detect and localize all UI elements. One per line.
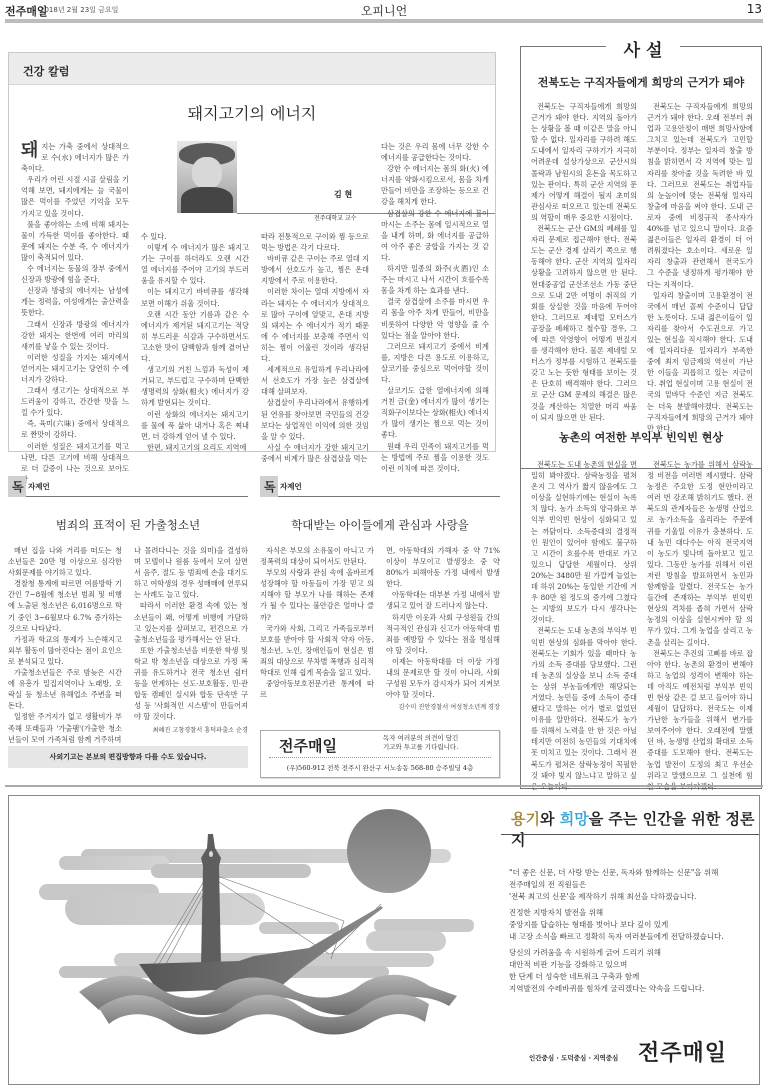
editorial-2-col-2: 전북도는 농가를 위해서 삼락농정 비전을 여러번 제시했다. 삼락농정은 주요… [647,459,753,792]
section-title: 오피니언 [0,2,768,19]
health-column-title: 돼지고기의 에너지 [9,101,495,124]
dropcap: 돼 [21,142,38,160]
author-affiliation: 전주대학교 교수 [314,213,356,222]
contribution-message: 독자 여러분의 의견이 담긴 기고와 투고를 기다립니다. [383,734,458,752]
editorial-2: 농촌의 여전한 부익부 빈익빈 현상 전북도는 도내 농촌의 현실을 면밀히 봐… [520,469,762,789]
editorial-1: 전북도는 구직자들에게 희망의 근거가 돼야 전북도는 구직자들에게 희망의 근… [520,46,762,469]
reader-1-col-2: 나 몰려다니는 것을 의미)을 결성하며 모텔이나 원룸 등에서 모여 살면서 … [134,545,248,736]
reader-column-header: 독 자제언 [8,475,248,497]
reader-column-header: 독 자제언 [260,475,500,497]
ad-slogan: 용기와 희망을 주는 인간을 위한 정론지 [511,808,759,850]
reader-2-col-2: 면, 아동학대의 가해자 중 약 71% 이상이 부모이고 발생장소 중 약 8… [386,545,500,713]
health-col-2: 수 있다. 이렇게 수 에너지가 많은 돼지고기는 구이를 하더라도 오랜 시간… [141,231,249,453]
ad-paragraph-2: 진정한 지방자치 발전을 위해 중앙지를 답습하는 형태를 벗어나 보다 깊이 … [509,907,759,943]
editorial-2-col-1: 전북도는 도내 농촌의 현실을 면밀히 봐야겠다. 삼락농정을 펼쳐온지 그 역… [531,459,637,792]
health-column: 건강 칼럼 돼지고기의 에너지 돼 지는 가축 중에서 상대적으로 수(水) 에… [8,52,496,452]
contribution-box: 전주매일 독자 여러분의 의견이 담긴 기고와 투고를 기다립니다. (우)56… [260,730,500,778]
reader-column-title: 범죄의 표적이 된 가출청소년 [8,517,248,533]
ad-paragraph-3: 당신의 가려움을 속 시원하게 긁어 드리기 위해 대안적 비판 기능을 강화하… [509,947,759,995]
ad-tagline: 인간중심 · 도덕중심 · 지역중심 [529,1053,618,1062]
ad-logo: 전주매일 [638,1036,727,1067]
contribution-address: (우)560-912 전북 전주시 완산구 서노송동 568-80 승주빌딩 4… [261,763,499,772]
health-col-4: 다는 것은 우리 몸에 너무 강한 수 에너지를 공급한다는 것이다. 강한 수… [381,141,489,474]
section-rule [5,785,763,787]
editorial-1-title: 전북도는 구직자들에게 희망의 근거가 돼야 [521,74,761,90]
editorial-1-col-1: 전북도는 구직자들에게 희망의 근거가 돼야 한다. 지역의 돌아가는 상황을 … [531,101,637,423]
page-number: 13 [747,2,762,16]
ship-illustration [9,796,487,1084]
reader-column-title: 학대받는 아이들에게 관심과 사랑을 [260,517,500,533]
author-name: 김 현 [334,189,352,200]
reader-column-2: 독 자제언 학대받는 아이들에게 관심과 사랑을 자식은 부모의 소유물이 아니… [260,475,500,725]
reader-2-col-1: 자식은 부모의 소유물이 아니고 가정폭력의 대상이 되어서도 안된다. 부모의… [260,545,374,700]
slogan-rule [501,834,759,835]
contribution-logo: 전주매일 [279,735,337,756]
editorial-2-title: 농촌의 여전한 부익부 빈익빈 현상 [521,429,761,445]
reader-1-col-1: 매년 집을 나와 거리를 떠도는 청소년들은 20만 명 이상으로 심각한 사회… [8,545,122,745]
editorial-1-col-2: 전북도는 구직자들에게 희망의 근거가 돼야 한다. 오래 전부터 취업과 고용… [647,101,753,434]
health-col-1: 돼 지는 가축 중에서 상대적으로 수(水) 에너지가 많은 가축이다. 우리가… [21,141,129,485]
house-advertisement: 용기와 희망을 주는 인간을 위한 정론지 "더 좋은 신문, 더 사랑 받는 … [8,795,760,1085]
reader-1-signature: 최혜진 고창경찰서 흥덕파출소 순경 [134,725,248,736]
ad-copy: "더 좋은 신문, 더 사랑 받는 신문, 독자와 함께하는 신문"을 위해 전… [509,867,759,999]
ad-paragraph-1: "더 좋은 신문, 더 사랑 받는 신문, 독자와 함께하는 신문"을 위해 전… [509,867,759,903]
disclaimer: 사외기고는 본보의 편집방향과 다를 수도 있습니다. [8,746,248,768]
health-column-header: 건강 칼럼 [9,53,495,85]
reader-column-1: 독 자제언 범죄의 표적이 된 가출청소년 매년 집을 나와 거리를 떠도는 청… [8,475,248,740]
health-col-3: 따라 전통적으로 구이와 찜 등으로 먹는 방법은 각기 다르다. 바비큐 같은… [261,231,369,464]
reader-2-signature: 김수미 진안경찰서 여성청소년계 경장 [386,702,500,713]
author-photo [177,141,237,213]
header-rule [5,19,763,23]
